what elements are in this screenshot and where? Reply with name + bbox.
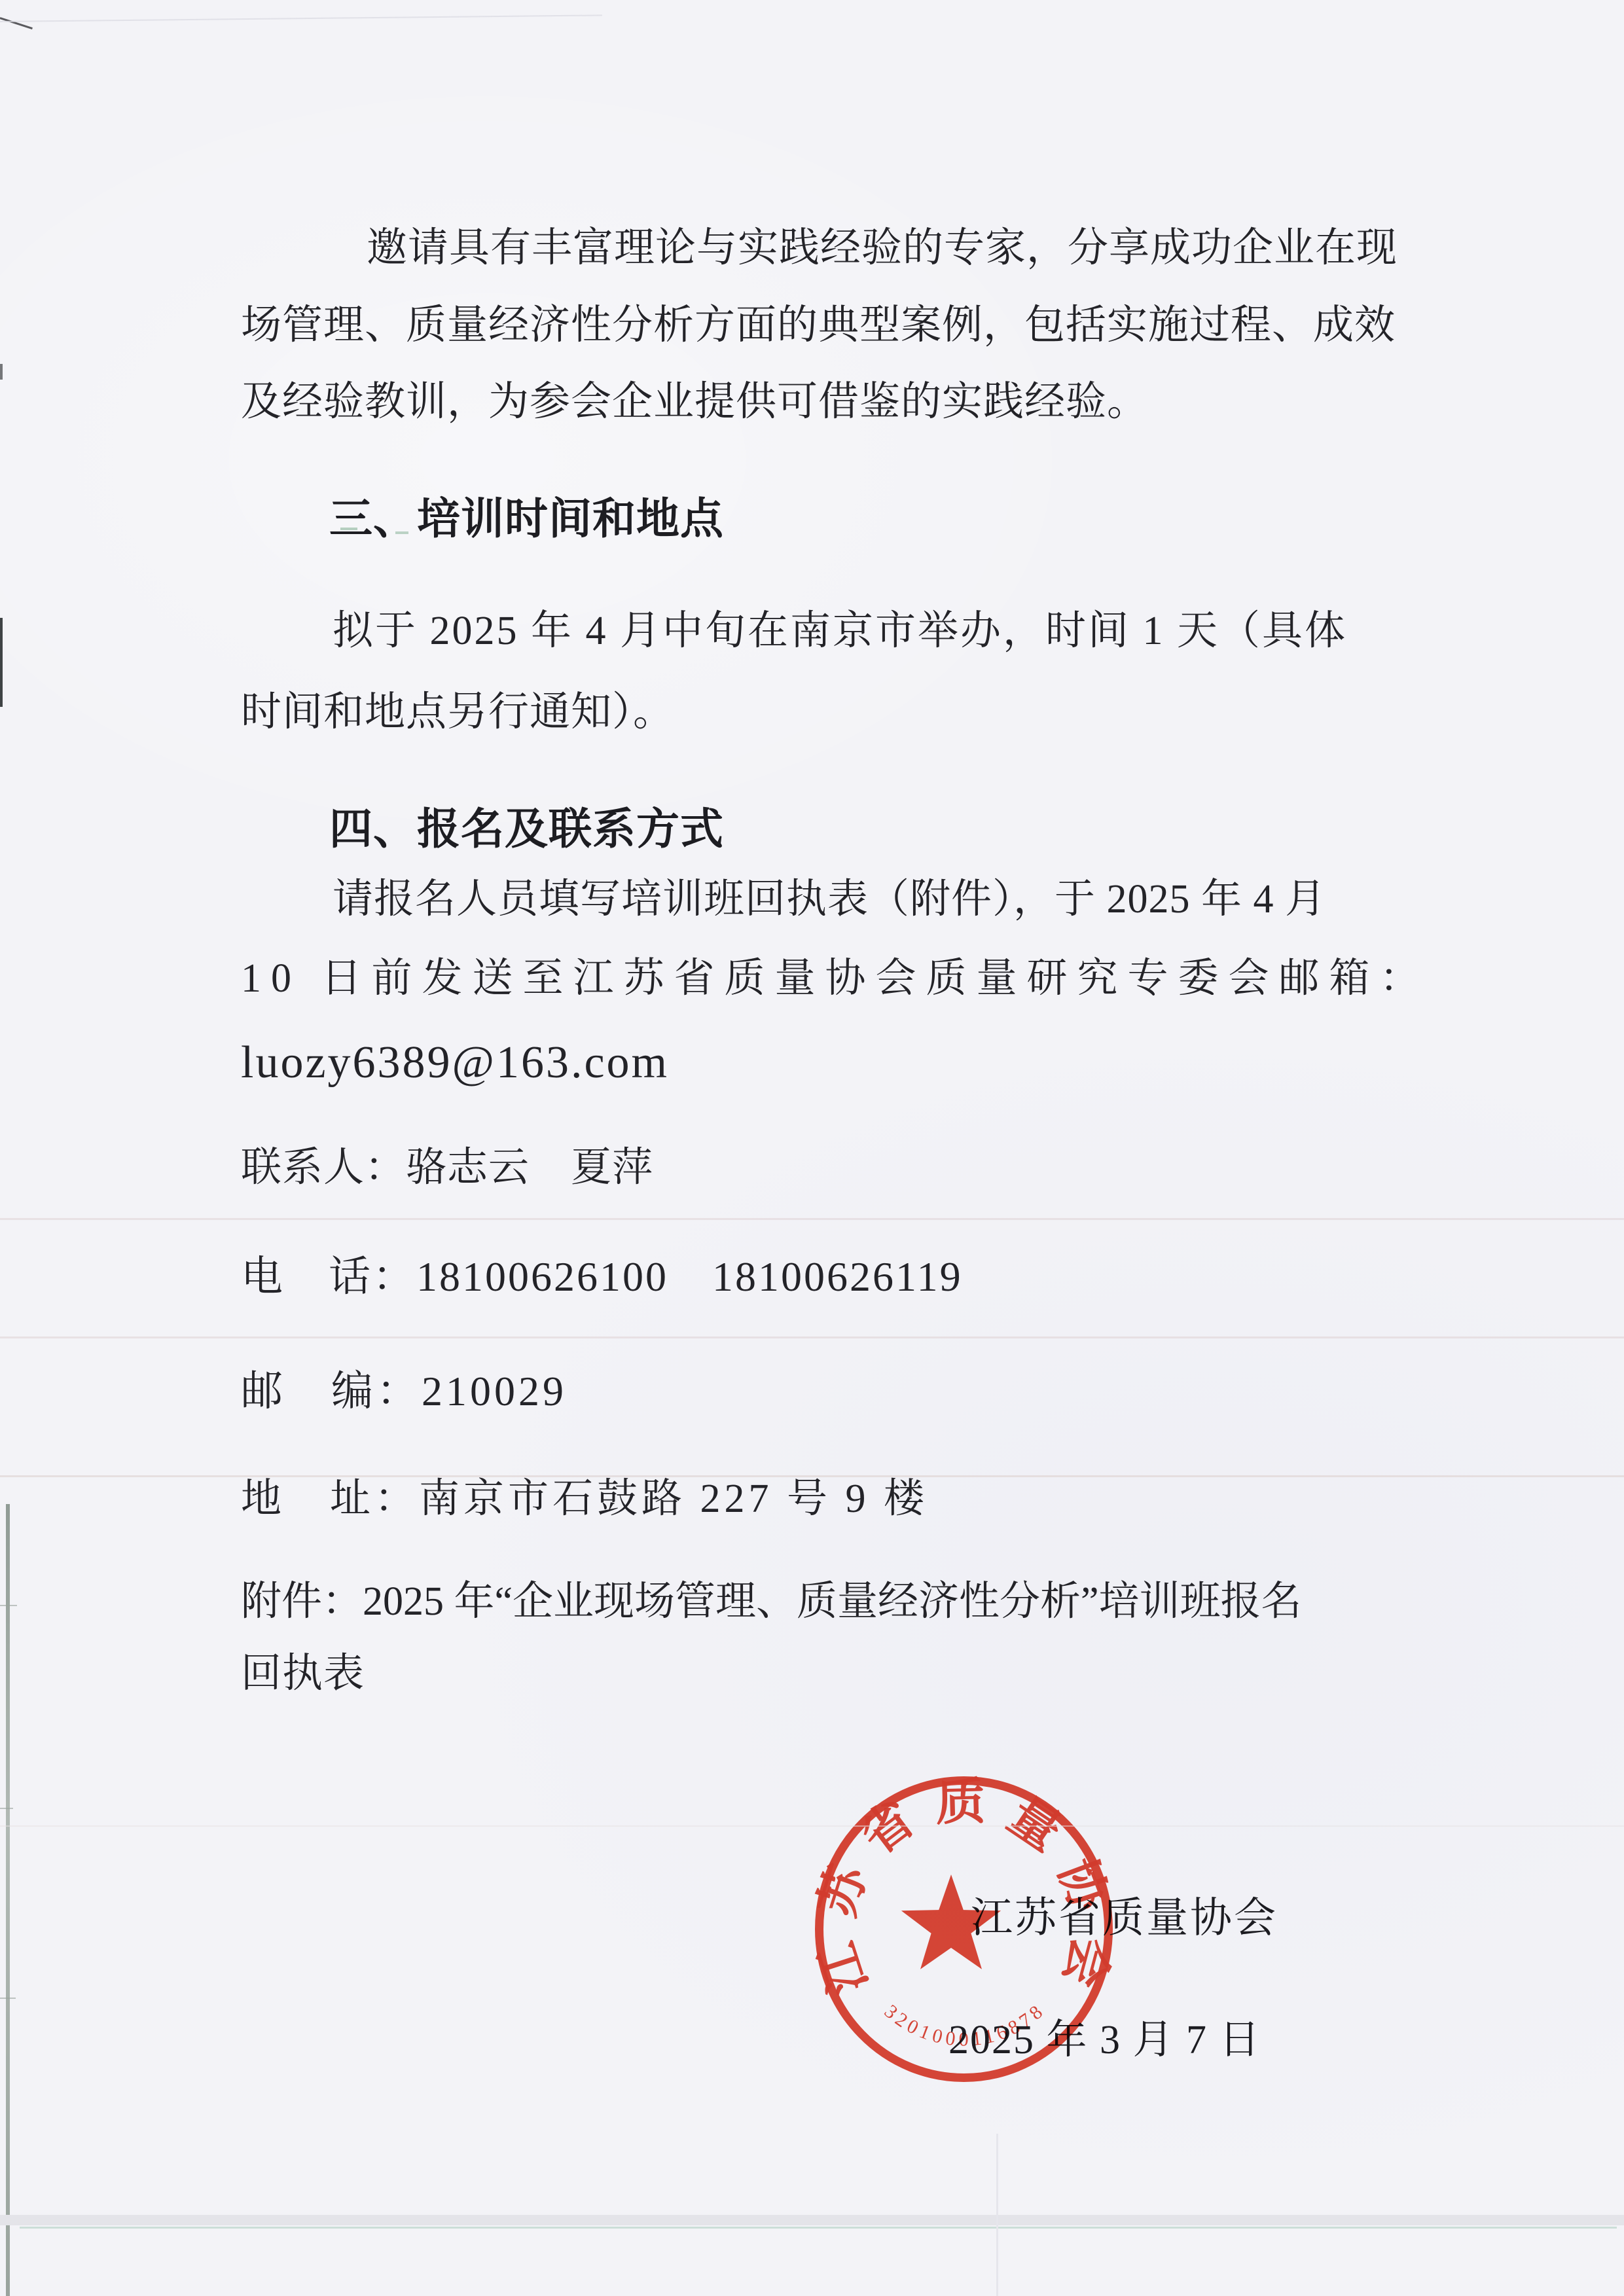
para1-line1: 邀请具有丰富理论与实践经验的专家，分享成功企业在现 [367, 226, 1398, 270]
para2-line1: 拟于 2025 年 4 月中旬在南京市举办，时间 1 天（具体 [333, 609, 1347, 653]
star-icon [901, 1874, 1001, 1969]
section3-heading: 三、培训时间和地点 [329, 496, 724, 543]
scan-bottom-teal-line [20, 2227, 1617, 2229]
section4-heading: 四、报名及联系方式 [329, 806, 724, 853]
attachment-line1: 附件：2025 年“企业现场管理、质量经济性分析”培训班报名 [241, 1580, 1302, 1624]
scanned-page: 邀请具有丰富理论与实践经验的专家，分享成功企业在现 场管理、质量经济性分析方面的… [0, 0, 1624, 2296]
para2-line2: 时间和地点另行通知）。 [241, 691, 674, 734]
scan-bottom-band [0, 2215, 1624, 2225]
seal-serial-number: 3201000116878 [880, 2001, 1047, 2051]
official-seal-stamp: 江苏省质量协会 3201000116878 [789, 1746, 1146, 2113]
contact-postal-code: 邮 编：210029 [241, 1369, 567, 1414]
para3-line2: 10 日前发送至江苏省质量协会质量研究专委会邮箱： [241, 957, 1430, 1001]
contact-email: luozy6389@163.com [241, 1038, 669, 1088]
contact-address: 地 址：南京市石鼓路 227 号 9 楼 [241, 1477, 928, 1521]
scan-hline-1 [0, 1218, 1624, 1220]
contact-phone: 电 话：18100626100 18100626119 [241, 1254, 963, 1299]
scan-vertical-crease [996, 2134, 998, 2296]
scan-hline-2 [0, 1336, 1624, 1338]
scan-left-edge-mark-upper [0, 364, 3, 380]
attachment-line2: 回执表 [241, 1652, 365, 1696]
scan-top-crease [0, 14, 602, 22]
para1-line3: 及经验教训，为参会企业提供可借鉴的实践经验。 [241, 380, 1148, 424]
scan-corner-fold-line [0, 17, 33, 29]
scan-left-edge-mark [0, 618, 3, 707]
para3-line1: 请报名人员填写培训班回执表（附件），于 2025 年 4 月 [333, 878, 1326, 922]
scan-left-edge-line [6, 1504, 10, 2296]
para1-line2: 场管理、质量经济性分析方面的典型案例，包括实施过程、成效 [241, 304, 1396, 348]
scan-left-scratch-1 [0, 1605, 17, 1606]
contact-persons: 联系人：骆志云 夏萍 [241, 1146, 653, 1190]
scan-left-scratch-3 [0, 1998, 16, 1999]
svg-text:3201000116878: 3201000116878 [880, 2001, 1047, 2051]
scan-left-scratch-2 [0, 1808, 13, 1809]
svg-text:江苏省质量协会: 江苏省质量协会 [810, 1775, 1119, 2001]
seal-ring-text: 江苏省质量协会 [810, 1775, 1119, 2001]
